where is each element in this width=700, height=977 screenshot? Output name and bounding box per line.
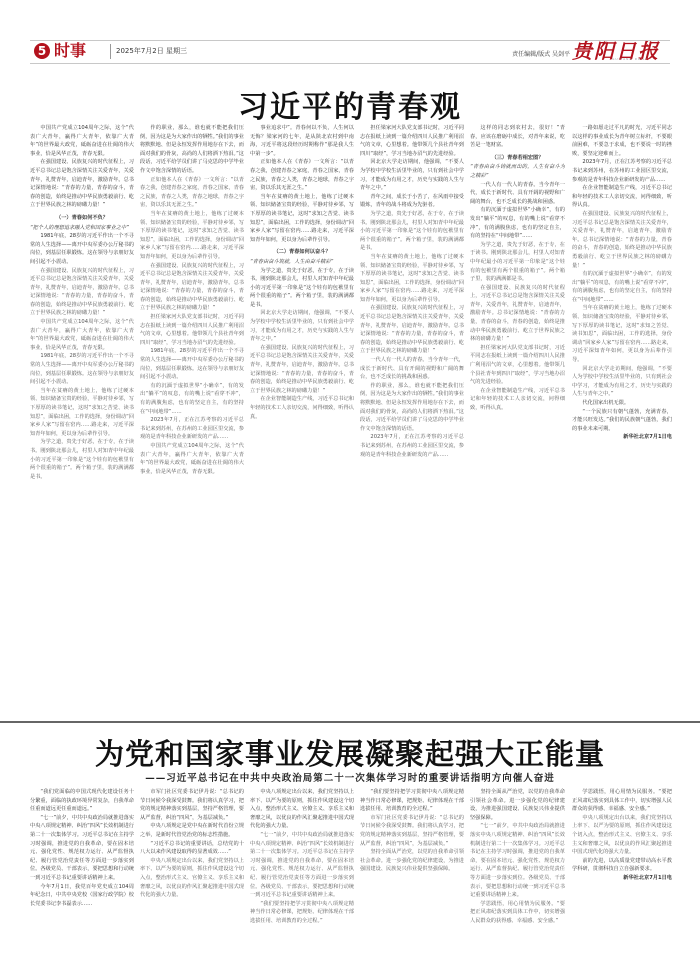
article1-paragraph: 在企业智能制造生产线，习近平总书记和年轻的技术工人亲切交流，问得细致，听得认真。 [250, 395, 354, 421]
article1-section-quote: “青春由奋斗筑就，人生由奋斗精彩” [250, 258, 354, 267]
article2-paragraph: “我们要坚持把学习贯彻中央八项规定精神当作日常必修课，把规矩、纪律体现在干部选拔… [250, 900, 354, 926]
article1-paragraph: 有的沉湎于虚拟世界“小确幸”，有的发出“躺平”的叹息，有的嘴上说“看穿不冲”，有… [572, 270, 672, 304]
article1-paragraph: 为学之道，贵先于好恶，在于专，在于读书。刚到陕北那会儿，村里人对知青中年纪最小的… [30, 438, 134, 481]
article1-paragraph: 为学之道，贵先于好恶，在于专，在于读书。刚到陕北那会儿，村里人对知青中年纪最小的… [250, 267, 354, 310]
article2-byline: 新华社北京7月1日电 [572, 874, 672, 883]
article2-paragraph: 学思践悟，用心用情为民服务。“要把正风肃纪落实到具体工作中，切实增强人民群众的获… [470, 900, 565, 926]
article1-headline: 习近平的青春观 [0, 82, 700, 126]
article1-column-3: 事业追求中”。青春何以不负，人生何以无悔？梁家河的七年，是从陕北农村到中南海，习… [250, 124, 354, 719]
article1-paragraph: 这样的同志到农村去，很好！”青春，应该在磨砺中成长，对青年来说，吃苦是一笔财富。 [470, 124, 565, 150]
article2-paragraph: 中央八项规定出台以来，我们党坚持以上率下、以严为要的原则，抓住作风建设这个切入点… [572, 814, 672, 857]
article1-paragraph: 正如他本人在《青春》一文所言：“以青春之我，创建青春之家庭，青春之国家，青春之民… [140, 176, 244, 210]
section-name: 时事 [54, 41, 86, 61]
issue-date: 2025年7月2日 星期三 [116, 46, 187, 56]
article2-paragraph: 中央八项规定是党中央在新时代首份立规之举，是新时代管党治党的标志性措施。 [140, 822, 244, 839]
article1-section-quote: “青春由奋斗铸就而出的，人生有奋斗为之精彩” [470, 163, 565, 180]
article1-paragraph: 在企业智能制造生产线，习近平总书记和年轻的技术工人亲切交流，问得细致，听得认真。 [572, 184, 672, 210]
article1-paragraph: 有的沉湎于虚拟世界“小确幸”，有的发出“躺平”的叹息，有的嘴上说“看穿不冲”，有… [140, 382, 244, 416]
article2-column-4: “我们要坚持把学习贯彻中央八项规定精神当作日常必修课，把规矩、纪律体现在干部选拔… [360, 788, 464, 968]
article2-paragraph: 中央八项规定出台以来，我们党坚持以上率下、以严为要的原则，抓住作风建设这个切入点… [250, 788, 354, 831]
article1-section-heading: （一）青春如何不负？ [30, 214, 134, 223]
article1-paragraph: 担任梁家河大队党支部书记时，习近平同志在报纸上读到一篇介绍四川人民推广利用沼气的… [140, 313, 244, 347]
article2-paragraph: “七一”前夕，中共中央政治局就推进落实中央八项规定精神、纠治“四风”长效机制进行… [250, 831, 354, 900]
article1-paragraph: 事业追求中”。青春何以不负，人生何以无悔？梁家河的七年，是从陕北农村到中南海，习… [250, 124, 354, 158]
article1-paragraph: 当年在贫瘠的黄土地上，他练了过硬本领、知识储备宝贵的经验，平静对待乡邻，写下厚厚… [572, 304, 672, 364]
article1-paragraph: 当年在贫瘠的黄土地上，他练了过硬本领、知识储备宝贵的经验，平静对待乡邻，写下厚厚… [360, 253, 464, 305]
article1-paragraph: 一代人有一代人的青春。当今青年一代，成长于新时代、具有开阔的视野和广阔的舞台，也… [470, 181, 565, 207]
article2-column-1: “我们党面临的中国式现代化建设任务十分繁重，面临的执政环境异常复杂，自我革命任重… [30, 788, 134, 968]
article1-paragraph: 青年之间，成长于小苦了，在风雨中接受锻炼，青年的战斗将成为先驱者。 [360, 193, 464, 210]
article2-paragraph: “习近平总书记的重要讲话，总结党的十八大以来作风建设取得的显著成效……” [140, 840, 244, 857]
article1-paragraph: 一代人有一代人的青春。当今青年一代，成长于新时代、具有开阔的视野和广阔的舞台，也… [360, 356, 464, 382]
article1-paragraph: 担任梁家河大队党支部书记时，习近平同志在报纸上读到一篇介绍四川人民推广利用沼气的… [360, 124, 464, 158]
article1-paragraph: 2023年7月，正在江苏考察的习近平总书记来到苏州，在苏州的工业园区里交流，参观… [360, 433, 464, 459]
article1-column-4: 担任梁家河大队党支部书记时，习近平同志在报纸上读到一篇介绍四川人民推广利用沼气的… [360, 124, 464, 719]
article1-paragraph: 在强国建设、民族复兴的时代征程上，习近平总书记总是饱含深情关注关爱青年，关爱青年… [30, 267, 134, 319]
article2-paragraph: 坚持全面从严治党，以党的自我革命引领社会革命。进一步强化党的纪律建设，为推进强国… [360, 848, 464, 874]
article2-column-2: 市军门社区党委书记伊丹说：“总书记的节日问候令我深受鼓舞。我们将认真学习，把党的… [140, 788, 244, 968]
article2-paragraph: 坚持全面从严治党，以党的自我革命引领社会革命。进一步强化党的纪律建设，为推进强国… [470, 788, 565, 822]
article1-paragraph: 1981年底，28岁的习近平作出一个不寻常的人生选择——离开中央军委办公厅秘书的… [30, 232, 134, 266]
article1-paragraph: 2023年7月，正在江苏考察的习近平总书记来到苏州，在苏州的工业园区里交流，参观… [140, 416, 244, 442]
article2-column-6: 学思践悟，用心用情为民服务。“要把正风肃纪落实到具体工作中，切实增强人民群众的获… [572, 788, 672, 968]
article1-byline: 新华社北京7月1日电 [572, 433, 672, 442]
article2-paragraph: 市军门社区党委书记伊丹说：“总书记的节日问候令我深受鼓舞。我们将认真学习，把党的… [360, 814, 464, 848]
article1-paragraph: 1981年底，28岁的习近平作出一个不寻常的人生选择——离开中央军委办公厅秘书的… [30, 352, 134, 386]
article1-paragraph: 当年在贫瘠的黄土地上，他练了过硬本领、知识储备宝贵的经验，平静对待乡邻，写下厚厚… [30, 387, 134, 439]
article1-paragraph: 在强国建设、民族复兴的时代征程上，习近平总书记总是饱含深情关注关爱青年，关爱青年… [140, 262, 244, 314]
article2-paragraph: 学思践悟，用心用情为民服务。“要把正风肃纪落实到具体工作中，切实增强人民群众的获… [572, 788, 672, 814]
article1-paragraph: 1981年底，28岁的习近平作出一个不寻常的人生选择——离开中央军委办公厅秘书的… [140, 347, 244, 381]
article1-paragraph: 回北京大学走访期间，他强调，“不要人为学校中学校生活里毕业的，只有到社会中学习，… [250, 309, 354, 343]
article1-paragraph: 在强国建设、民族复兴的时代征程上，习近平总书记总是饱含深情关注关爱青年，关爱青年… [572, 210, 672, 270]
article2-column-5: 坚持全面从严治党，以党的自我革命引领社会革命。进一步强化党的纪律建设，为推进强国… [470, 788, 565, 968]
article1-column-5: 这样的同志到农村去，很好！”青春，应该在磨砺中成长，对青年来说，吃苦是一笔财富。… [470, 124, 565, 719]
article1-paragraph: 担任梁家河大队党支部书记时，习近平同志在报纸上读到一篇介绍四川人民推广利用沼气的… [470, 344, 565, 387]
editor-credit: 责任编辑/版式 吴剑平 [512, 49, 570, 58]
article1-column-2: 作的职业，那么，谁也就不能把我们压倒，因为这是为大家作出的牺牲。”我们的事业将默… [140, 124, 244, 719]
article1-section-heading: （三）青春若相宏图？ [470, 154, 565, 163]
masthead: 5 时事 2025年7月2日 星期三 责任编辑/版式 吴剑平 贵阳日报 GUIY… [30, 40, 670, 64]
article1-section-quote: “把个人的理想追求融入党和国家事业之中” [30, 224, 134, 233]
article2-paragraph: 市军门社区党委书记伊丹说：“总书记的节日问候令我深受鼓舞。我们将认真学习，把党的… [140, 788, 244, 822]
article2-paragraph: 今年7月1日，我党百年党史成立104周年纪念日，中共中央党校（国家行政学院）校长… [30, 883, 134, 909]
section-divider [0, 721, 700, 723]
article1-paragraph: 在强国建设、民族复兴的时代征程上，习近平总书记总是饱含深情关注关爱青年，关爱青年… [470, 284, 565, 344]
article1-paragraph: 作的职业，那么，谁也就不能把我们压倒，因为这是为大家作出的牺牲。”我们的事业将默… [140, 124, 244, 176]
article1-paragraph: 在强国建设、民族复兴的时代征程上，习近平总书记总是饱含深情关注关爱青年，关爱青年… [250, 344, 354, 396]
article1-section-heading: （二）青春如何以奋斗？ [250, 248, 354, 257]
article1-paragraph: 在强国建设、民族复兴的时代征程上，习近平总书记总是饱含深情关注关爱青年，关爱青年… [360, 304, 464, 356]
article2-subheadline: ——习近平总书记在中共中央政治局第二十一次集体学习时的重要讲话指明方向催人奋进 [0, 770, 700, 784]
article1-paragraph: 作的职业，那么，谁也就不能把我们压倒，因为这是为大家作出的牺牲。”我们的事业将默… [360, 382, 464, 434]
newspaper-logo-subtitle: GUIYANG DAILY [612, 57, 648, 61]
article2-paragraph: 中央八项规定出台以来，我们党坚持以上率下、以严为要的原则，抓住作风建设这个切入点… [140, 857, 244, 900]
article2-paragraph: “我们党面临的中国式现代化建设任务十分繁重，面临的执政环境异常复杂，自我革命任重… [30, 788, 134, 814]
article1-paragraph: 2023年7月，正在江苏考察的习近平总书记来到苏州，在苏州的工业园区里交流，参观… [572, 158, 672, 184]
article1-lead: 中国共产党成立104周年之际，这个“代表广大青年，赢得广大青年，依靠广大青年”的… [30, 124, 134, 158]
article1-paragraph: 回北京大学走访期间，他强调，“不要人为学校中学校生活里毕业的，只有到社会中学习，… [572, 365, 672, 399]
article1-paragraph: 为学之道，贵先于好恶，在于专，在于读书。刚到陕北那会儿，村里人对知青中年纪最小的… [470, 241, 565, 284]
article2-paragraph: “七一”前夕，中共中央政治局就推进落实中央八项规定精神、纠治“四风”长效机制进行… [470, 822, 565, 899]
article1-paragraph: 在强国建设、民族复兴的时代征程上，习近平总书记总是饱含深情关注关爱青年，关爱青年… [30, 158, 134, 210]
article1-paragraph: 中国共产党成立104周年之际，这个“代表广大青年，赢得广大青年，依靠广大青年”的… [140, 442, 244, 476]
article1-paragraph: 有的沉湎于虚拟世界“小确幸”，有的发出“躺平”的叹息，有的嘴上说“看穿不冲”，有… [470, 206, 565, 240]
article1-column-6: 一路如愿走过平凡的时光，习近平同志以这样的事业成长为青年树立标杆，不要眼前困难，… [572, 124, 672, 719]
article2-paragraph: 前的先进，以高质量党建带动高水平教学科研，贯彻科技自立自强新要求。 [572, 857, 672, 874]
page-number-badge: 5 [34, 43, 50, 59]
article1-paragraph: 回北京大学走访期间，他强调，“不要人为学校中学校生活里毕业的，只有到社会中学习，… [360, 158, 464, 192]
article1-paragraph: 代化国家出机无限。 [572, 399, 672, 408]
article2-paragraph: “我们要坚持把学习贯彻中央八项规定精神当作日常必修课，把规矩、纪律体现在干部选拔… [360, 788, 464, 814]
article1-paragraph: 一路如愿走过平凡的时光，习近平同志以这样的事业成长为青年树立标杆，不要眼前困难，… [572, 124, 672, 158]
masthead-divider [110, 44, 111, 59]
article1-paragraph: 为学之道，贵先于好恶，在于专，在于读书。刚到陕北那会儿，村里人对知青中年纪最小的… [360, 210, 464, 253]
article1-paragraph: “一个民族只有朝气蓬勃，充满青春，才能兴旺发达。”我们的民族朝气蓬勃，我们的事业… [572, 408, 672, 434]
article1-paragraph: 在企业智能制造生产线，习近平总书记和年轻的技术工人亲切交流，问得细致，听得认真。 [470, 387, 565, 413]
article1-column-1: 中国共产党成立104周年之际，这个“代表广大青年，赢得广大青年，依靠广大青年”的… [30, 124, 134, 719]
article1-paragraph: 中国共产党成立104周年之际，这个“代表广大青年，赢得广大青年，依靠广大青年”的… [30, 318, 134, 352]
article2-paragraph: “七一”前夕，中共中央政治局就推进落实中央八项规定精神、纠治“四风”长效机制进行… [30, 814, 134, 883]
article1-paragraph: 当年在贫瘠的黄土地上，他练了过硬本领、知识储备宝贵的经验，平静对待乡邻，写下厚厚… [250, 193, 354, 245]
article1-paragraph: 当年在贫瘠的黄土地上，他练了过硬本领、知识储备宝贵的经验，平静对待乡邻，写下厚厚… [140, 210, 244, 262]
article2-headline: 为党和国家事业发展凝聚起强大正能量 [0, 732, 700, 773]
article1-paragraph: 正如他本人在《青春》一文所言：“以青春之我，创建青春之家庭，青春之国家，青春之民… [250, 158, 354, 192]
article2-column-3: 中央八项规定出台以来，我们党坚持以上率下、以严为要的原则，抓住作风建设这个切入点… [250, 788, 354, 968]
